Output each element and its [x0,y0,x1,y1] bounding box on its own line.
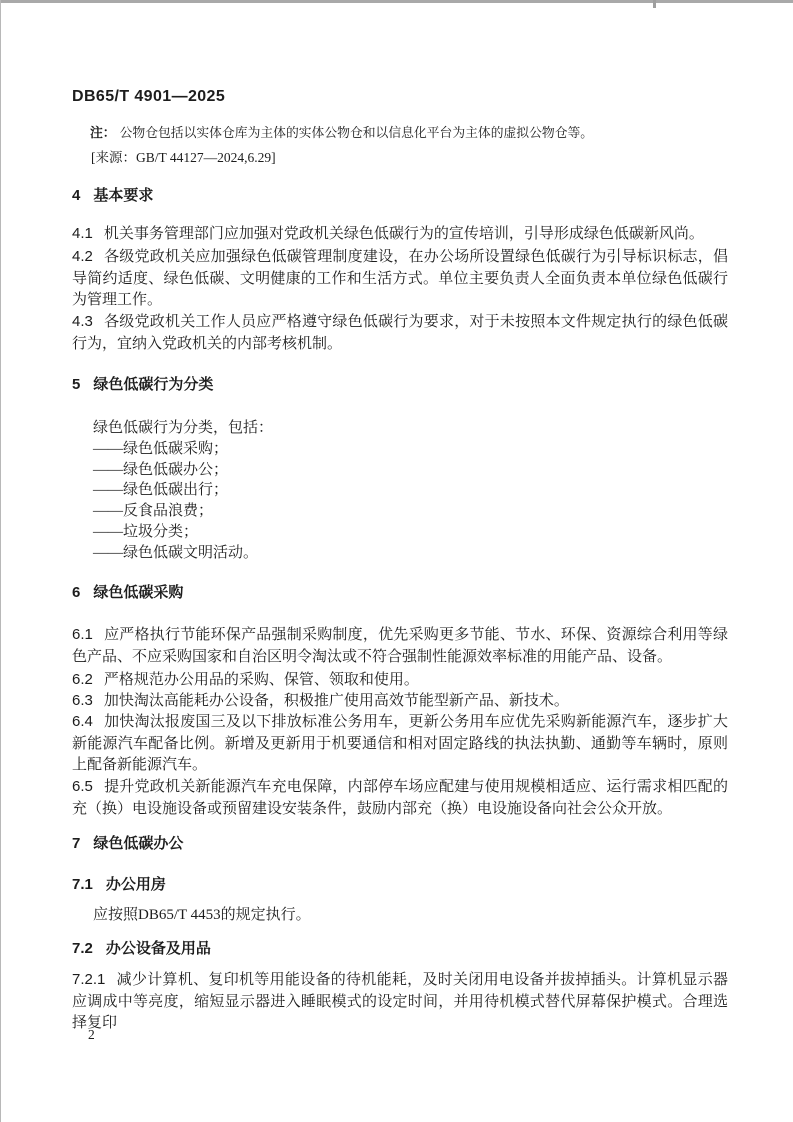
clause-6-2-number: 6.2 [72,671,93,688]
list-item: ——绿色低碳出行； [93,480,258,501]
section-6-title: 绿色低碳采购 [93,584,183,601]
clause-7-2-1-number: 7.2.1 [72,971,105,988]
clause-6-2: 6.2严格规范办公用品的采购、保管、领取和使用。 [72,669,728,692]
clause-6-1-text: 应严格执行节能环保产品强制采购制度，优先采购更多节能、节水、环保、资源综合利用等… [72,627,728,665]
subsection-7-2-heading: 7.2办公设备及用品 [72,940,211,958]
subsection-7-2-title: 办公设备及用品 [106,940,211,957]
section-7-title: 绿色低碳办公 [93,835,183,852]
clause-6-3-text: 加快淘汰高能耗办公设备，积极推广使用高效节能型新产品、新技术。 [104,693,569,709]
clause-4-1: 4.1机关事务管理部门应加强对党政机关绿色低碳行为的宣传培训，引导形成绿色低碳新… [72,223,728,246]
section-4-heading: 4基本要求 [72,187,153,205]
page-number: 2 [88,1027,95,1043]
section-7-heading: 7绿色低碳办公 [72,835,183,853]
clause-6-3-number: 6.3 [72,692,93,709]
scan-edge-left [0,0,1,1122]
clause-6-5: 6.5提升党政机关新能源汽车充电保障，内部停车场应配建与使用规模相适应、运行需求… [72,776,728,820]
section-5-title: 绿色低碳行为分类 [93,376,213,393]
note-text: 公物仓包括以实体仓库为主体的实体公物仓和以信息化平台为主体的虚拟公物仓等。 [120,126,593,140]
clause-6-3: 6.3加快淘汰高能耗办公设备，积极推广使用高效节能型新产品、新技术。 [72,690,728,713]
subsection-7-1-number: 7.1 [72,876,93,893]
standard-number-header: DB65/T 4901—2025 [72,88,225,106]
section-6-number: 6 [72,584,80,601]
list-item: ——绿色低碳采购； [93,439,258,460]
note-paragraph: 注：公物仓包括以实体仓库为主体的实体公物仓和以信息化平台为主体的虚拟公物仓等。 [90,125,710,141]
clause-6-4-text: 加快淘汰报废国三及以下排放标准公务用车，更新公务用车应优先采购新能源汽车，逐步扩… [72,714,728,773]
clause-6-2-text: 严格规范办公用品的采购、保管、领取和使用。 [104,672,419,688]
section-5-number: 5 [72,376,80,393]
classification-list: ——绿色低碳采购； ——绿色低碳办公； ——绿色低碳出行； ——反食品浪费； —… [93,439,258,563]
list-item: ——绿色低碳文明活动。 [93,543,258,564]
section-5-intro: 绿色低碳行为分类，包括： [93,418,728,440]
clause-7-2-1: 7.2.1减少计算机、复印机等用能设备的待机能耗，及时关闭用电设备并拔掉插头。计… [72,969,728,1035]
clause-6-1: 6.1应严格执行节能环保产品强制采购制度，优先采购更多节能、节水、环保、资源综合… [72,624,728,668]
clause-6-5-text: 提升党政机关新能源汽车充电保障，内部停车场应配建与使用规模相适应、运行需求相匹配… [72,779,728,817]
document-page: DB65/T 4901—2025 注：公物仓包括以实体仓库为主体的实体公物仓和以… [0,0,793,1122]
section-4-title: 基本要求 [93,187,153,204]
clause-4-1-number: 4.1 [72,225,93,242]
note-label: 注： [90,126,116,140]
section-5-heading: 5绿色低碳行为分类 [72,376,213,394]
clause-4-3: 4.3各级党政机关工作人员应严格遵守绿色低碳行为要求，对于未按照本文件规定执行的… [72,311,728,355]
scan-edge-top [0,0,793,3]
subsection-7-1-body: 应按照DB65/T 4453的规定执行。 [93,905,728,927]
clause-7-2-1-text: 减少计算机、复印机等用能设备的待机能耗，及时关闭用电设备并拔掉插头。计算机显示器… [72,972,728,1031]
clause-4-3-text: 各级党政机关工作人员应严格遵守绿色低碳行为要求，对于未按照本文件规定执行的绿色低… [72,314,728,352]
section-7-number: 7 [72,835,80,852]
section-4-number: 4 [72,187,80,204]
clause-6-4-number: 6.4 [72,713,93,730]
subsection-7-1-title: 办公用房 [106,876,166,893]
list-item: ——垃圾分类； [93,522,258,543]
subsection-7-1-heading: 7.1办公用房 [72,876,166,894]
clause-4-1-text: 机关事务管理部门应加强对党政机关绿色低碳行为的宣传培训，引导形成绿色低碳新风尚。 [104,226,704,242]
list-item: ——反食品浪费； [93,501,258,522]
clause-6-5-number: 6.5 [72,778,93,795]
clause-6-1-number: 6.1 [72,626,93,643]
list-item: ——绿色低碳办公； [93,460,258,481]
scan-artifact [653,0,656,8]
clause-4-2: 4.2各级党政机关应加强绿色低碳管理制度建设，在办公场所设置绿色低碳行为引导标识… [72,246,728,312]
subsection-7-2-number: 7.2 [72,940,93,957]
clause-4-2-text: 各级党政机关应加强绿色低碳管理制度建设，在办公场所设置绿色低碳行为引导标识标志，… [72,249,728,308]
clause-6-4: 6.4加快淘汰报废国三及以下排放标准公务用车，更新公务用车应优先采购新能源汽车，… [72,711,728,777]
source-reference: [来源：GB/T 44127—2024,6.29] [91,146,276,166]
clause-4-2-number: 4.2 [72,248,93,265]
clause-4-3-number: 4.3 [72,313,93,330]
section-6-heading: 6绿色低碳采购 [72,584,183,602]
